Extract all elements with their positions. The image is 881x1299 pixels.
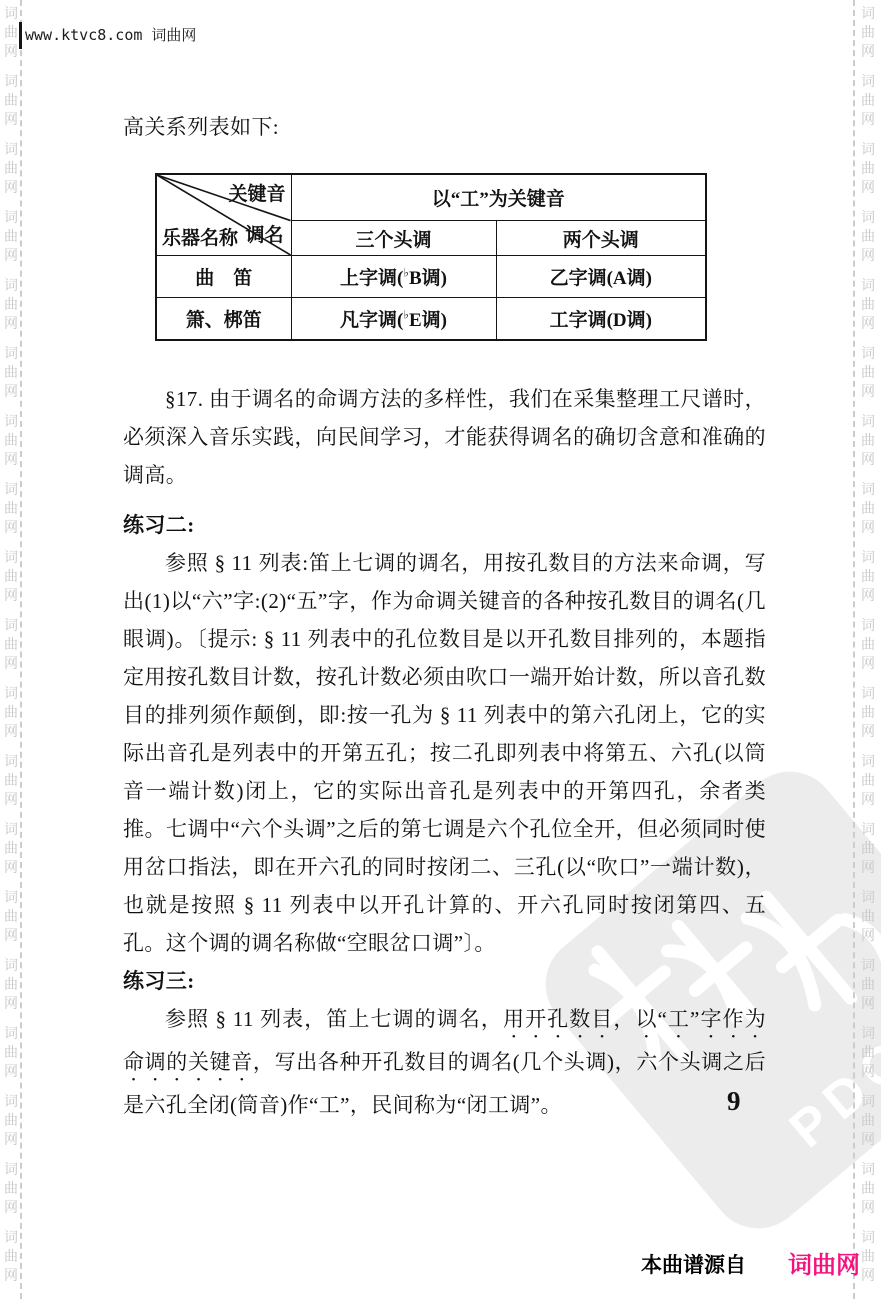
- watermark-char: 网: [4, 450, 18, 469]
- watermark-char: 曲: [4, 703, 18, 722]
- watermark-char: 曲: [861, 771, 875, 790]
- tune-cell: 上字调(♭B调): [291, 256, 496, 298]
- watermark-char: 网: [4, 858, 18, 877]
- watermark-char: 词: [861, 1228, 875, 1247]
- watermark-char: 词: [861, 1092, 875, 1111]
- table-span-header: 以“工”为关键音: [291, 174, 706, 221]
- exercise-2-heading: 练习二:: [123, 506, 766, 544]
- watermark-char: 网: [4, 994, 18, 1013]
- watermark-char: 网: [861, 1130, 875, 1149]
- watermark-char: 网: [861, 450, 875, 469]
- watermark-char: 词: [4, 208, 18, 227]
- watermark-char: 词: [861, 684, 875, 703]
- right-dashed-rule: [853, 0, 855, 1299]
- key-tone-table: 关键音 调名 乐器名称 以“工”为关键音 三个头调 两个头调 曲 笛 上字调(♭…: [155, 173, 707, 341]
- watermark-char: 曲: [861, 975, 875, 994]
- watermark-char: 网: [861, 926, 875, 945]
- watermark-char: 曲: [861, 1111, 875, 1130]
- footer-source-text: 本曲谱源自: [641, 1249, 746, 1279]
- watermark-char: 曲: [861, 363, 875, 382]
- watermark-char: 网: [861, 314, 875, 333]
- corner-label-instrument: 乐器名称: [162, 223, 238, 250]
- paragraph-s17: §17. 由于调名的命调方法的多样性，我们在采集整理工尺谱时，必须深入音乐实践，…: [123, 380, 766, 494]
- watermark-char: 网: [4, 1062, 18, 1081]
- watermark-char: 曲: [4, 771, 18, 790]
- watermark-char: 词: [4, 1024, 18, 1043]
- watermark-char: 词: [4, 684, 18, 703]
- text-segment: 工字调(D调): [550, 310, 652, 331]
- text-segment: 乙字调(A调): [550, 268, 652, 289]
- top-left-tick-mark: [19, 22, 22, 49]
- text-segment: B调): [409, 268, 447, 289]
- corner-label-key-tone: 关键音: [228, 179, 285, 206]
- corner-label-tune-name: 调名: [245, 220, 283, 247]
- watermark-char: 词: [861, 1160, 875, 1179]
- watermark-char: 词: [861, 616, 875, 635]
- exercise-2-body: 参照 § 11 列表:笛上七调的调名，用按孔数目的方法来命调，写出(1)以“六”…: [123, 544, 766, 962]
- left-watermark-column: 词曲网词曲网词曲网词曲网词曲网词曲网词曲网词曲网词曲网词曲网词曲网词曲网词曲网词…: [2, 4, 20, 1296]
- watermark-char: 词: [4, 4, 18, 23]
- watermark-char: 词: [861, 820, 875, 839]
- table-col-header-2: 两个头调: [496, 221, 706, 256]
- watermark-char: 词: [861, 208, 875, 227]
- watermark-char: 曲: [861, 91, 875, 110]
- watermark-char: 网: [4, 1198, 18, 1217]
- watermark-char: 词: [861, 72, 875, 91]
- watermark-char: 网: [861, 518, 875, 537]
- text-segment: 凡字调(: [340, 310, 403, 331]
- watermark-char: 网: [861, 1198, 875, 1217]
- watermark-char: 曲: [4, 363, 18, 382]
- watermark-char: 词: [4, 820, 18, 839]
- exercise-3-body: 参照 § 11 列表，笛上七调的调名，用开孔数目，以“工”字作为命调的关键音，写…: [123, 1000, 766, 1124]
- table-row: 曲 笛 上字调(♭B调) 乙字调(A调): [156, 256, 706, 298]
- watermark-char: 曲: [4, 635, 18, 654]
- watermark-char: 词: [861, 752, 875, 771]
- tune-cell: 乙字调(A调): [496, 256, 706, 298]
- watermark-char: 词: [4, 888, 18, 907]
- watermark-char: 曲: [4, 227, 18, 246]
- table-col-header-1: 三个头调: [291, 221, 496, 256]
- watermark-char: 网: [861, 994, 875, 1013]
- watermark-char: 词: [4, 276, 18, 295]
- watermark-char: 词: [4, 752, 18, 771]
- watermark-char: 词: [4, 1160, 18, 1179]
- watermark-char: 词: [4, 956, 18, 975]
- watermark-char: 网: [861, 1062, 875, 1081]
- watermark-char: 网: [861, 42, 875, 61]
- watermark-char: 词: [4, 140, 18, 159]
- watermark-char: 曲: [4, 431, 18, 450]
- watermark-char: 词: [4, 72, 18, 91]
- watermark-char: 曲: [4, 839, 18, 858]
- watermark-char: 网: [4, 110, 18, 129]
- watermark-char: 曲: [4, 1247, 18, 1266]
- tune-cell: 工字调(D调): [496, 298, 706, 341]
- key-tone-table-wrapper: 关键音 调名 乐器名称 以“工”为关键音 三个头调 两个头调 曲 笛 上字调(♭…: [155, 173, 766, 341]
- watermark-char: 网: [4, 314, 18, 333]
- watermark-char: 曲: [4, 23, 18, 42]
- instrument-cell: 箫、梆笛: [156, 298, 291, 341]
- watermark-char: 网: [4, 1266, 18, 1285]
- text-segment: E调): [409, 310, 447, 331]
- right-watermark-column: 词曲网词曲网词曲网词曲网词曲网词曲网词曲网词曲网词曲网词曲网词曲网词曲网词曲网词…: [859, 4, 877, 1296]
- table-corner-cell: 关键音 调名 乐器名称: [156, 174, 291, 256]
- watermark-char: 网: [861, 858, 875, 877]
- watermark-char: 曲: [861, 1043, 875, 1062]
- watermark-char: 曲: [4, 159, 18, 178]
- watermark-char: 网: [4, 926, 18, 945]
- watermark-char: 曲: [861, 227, 875, 246]
- watermark-char: 网: [4, 518, 18, 537]
- watermark-char: 词: [4, 1092, 18, 1111]
- watermark-char: 曲: [861, 1247, 875, 1266]
- page-body: 高关系列表如下: 关键音 调名 乐器名称 以“工”为关键音 三个头调 两个头调: [123, 108, 766, 1124]
- watermark-char: 曲: [861, 1179, 875, 1198]
- watermark-char: 词: [4, 412, 18, 431]
- watermark-char: 词: [861, 956, 875, 975]
- watermark-char: 曲: [4, 91, 18, 110]
- watermark-char: 曲: [4, 1043, 18, 1062]
- watermark-char: 曲: [861, 499, 875, 518]
- watermark-char: 词: [861, 888, 875, 907]
- watermark-char: 词: [4, 548, 18, 567]
- watermark-char: 网: [4, 586, 18, 605]
- watermark-char: 网: [861, 790, 875, 809]
- watermark-char: 词: [4, 344, 18, 363]
- watermark-char: 曲: [4, 1111, 18, 1130]
- instrument-cell: 曲 笛: [156, 256, 291, 298]
- watermark-char: 网: [861, 1266, 875, 1285]
- watermark-char: 网: [4, 246, 18, 265]
- watermark-char: 曲: [861, 431, 875, 450]
- watermark-char: 词: [4, 616, 18, 635]
- watermark-char: 曲: [4, 907, 18, 926]
- watermark-char: 网: [861, 654, 875, 673]
- watermark-char: 曲: [4, 295, 18, 314]
- watermark-char: 网: [4, 42, 18, 61]
- text-segment: 上字调(: [340, 268, 403, 289]
- watermark-char: 曲: [861, 295, 875, 314]
- watermark-char: 网: [4, 178, 18, 197]
- watermark-char: 词: [861, 4, 875, 23]
- table-row: 箫、梆笛 凡字调(♭E调) 工字调(D调): [156, 298, 706, 341]
- watermark-char: 网: [4, 1130, 18, 1149]
- watermark-char: 词: [861, 480, 875, 499]
- text-segment: 参照 § 11 列表，笛上七调的调名，: [165, 1007, 503, 1031]
- watermark-char: 网: [4, 722, 18, 741]
- watermark-char: 网: [4, 382, 18, 401]
- watermark-char: 词: [861, 548, 875, 567]
- exercise-3-heading: 练习三:: [123, 962, 766, 1000]
- watermark-char: 网: [861, 586, 875, 605]
- watermark-char: 曲: [4, 975, 18, 994]
- left-dashed-rule: [20, 0, 22, 1299]
- watermark-char: 曲: [861, 703, 875, 722]
- watermark-char: 曲: [861, 839, 875, 858]
- watermark-char: 曲: [4, 499, 18, 518]
- watermark-char: 词: [861, 412, 875, 431]
- watermark-char: 网: [861, 110, 875, 129]
- watermark-char: 网: [861, 722, 875, 741]
- watermark-char: 曲: [4, 1179, 18, 1198]
- intro-line: 高关系列表如下:: [123, 108, 766, 146]
- watermark-char: 网: [861, 178, 875, 197]
- footer-brand-text: 词曲网: [788, 1245, 860, 1280]
- watermark-char: 曲: [861, 23, 875, 42]
- watermark-char: 词: [861, 344, 875, 363]
- watermark-char: 曲: [861, 567, 875, 586]
- page-number: 9: [727, 1086, 741, 1117]
- watermark-char: 曲: [4, 567, 18, 586]
- watermark-char: 曲: [861, 159, 875, 178]
- watermark-char: 词: [4, 480, 18, 499]
- watermark-char: 词: [4, 1228, 18, 1247]
- watermark-char: 词: [861, 1024, 875, 1043]
- watermark-char: 网: [861, 246, 875, 265]
- watermark-char: 网: [4, 654, 18, 673]
- watermark-char: 词: [861, 276, 875, 295]
- site-url-watermark: www.ktvc8.com 词曲网: [25, 24, 196, 45]
- tune-cell: 凡字调(♭E调): [291, 298, 496, 341]
- watermark-char: 网: [4, 790, 18, 809]
- watermark-char: 词: [861, 140, 875, 159]
- watermark-char: 网: [861, 382, 875, 401]
- watermark-char: 曲: [861, 635, 875, 654]
- watermark-char: 曲: [861, 907, 875, 926]
